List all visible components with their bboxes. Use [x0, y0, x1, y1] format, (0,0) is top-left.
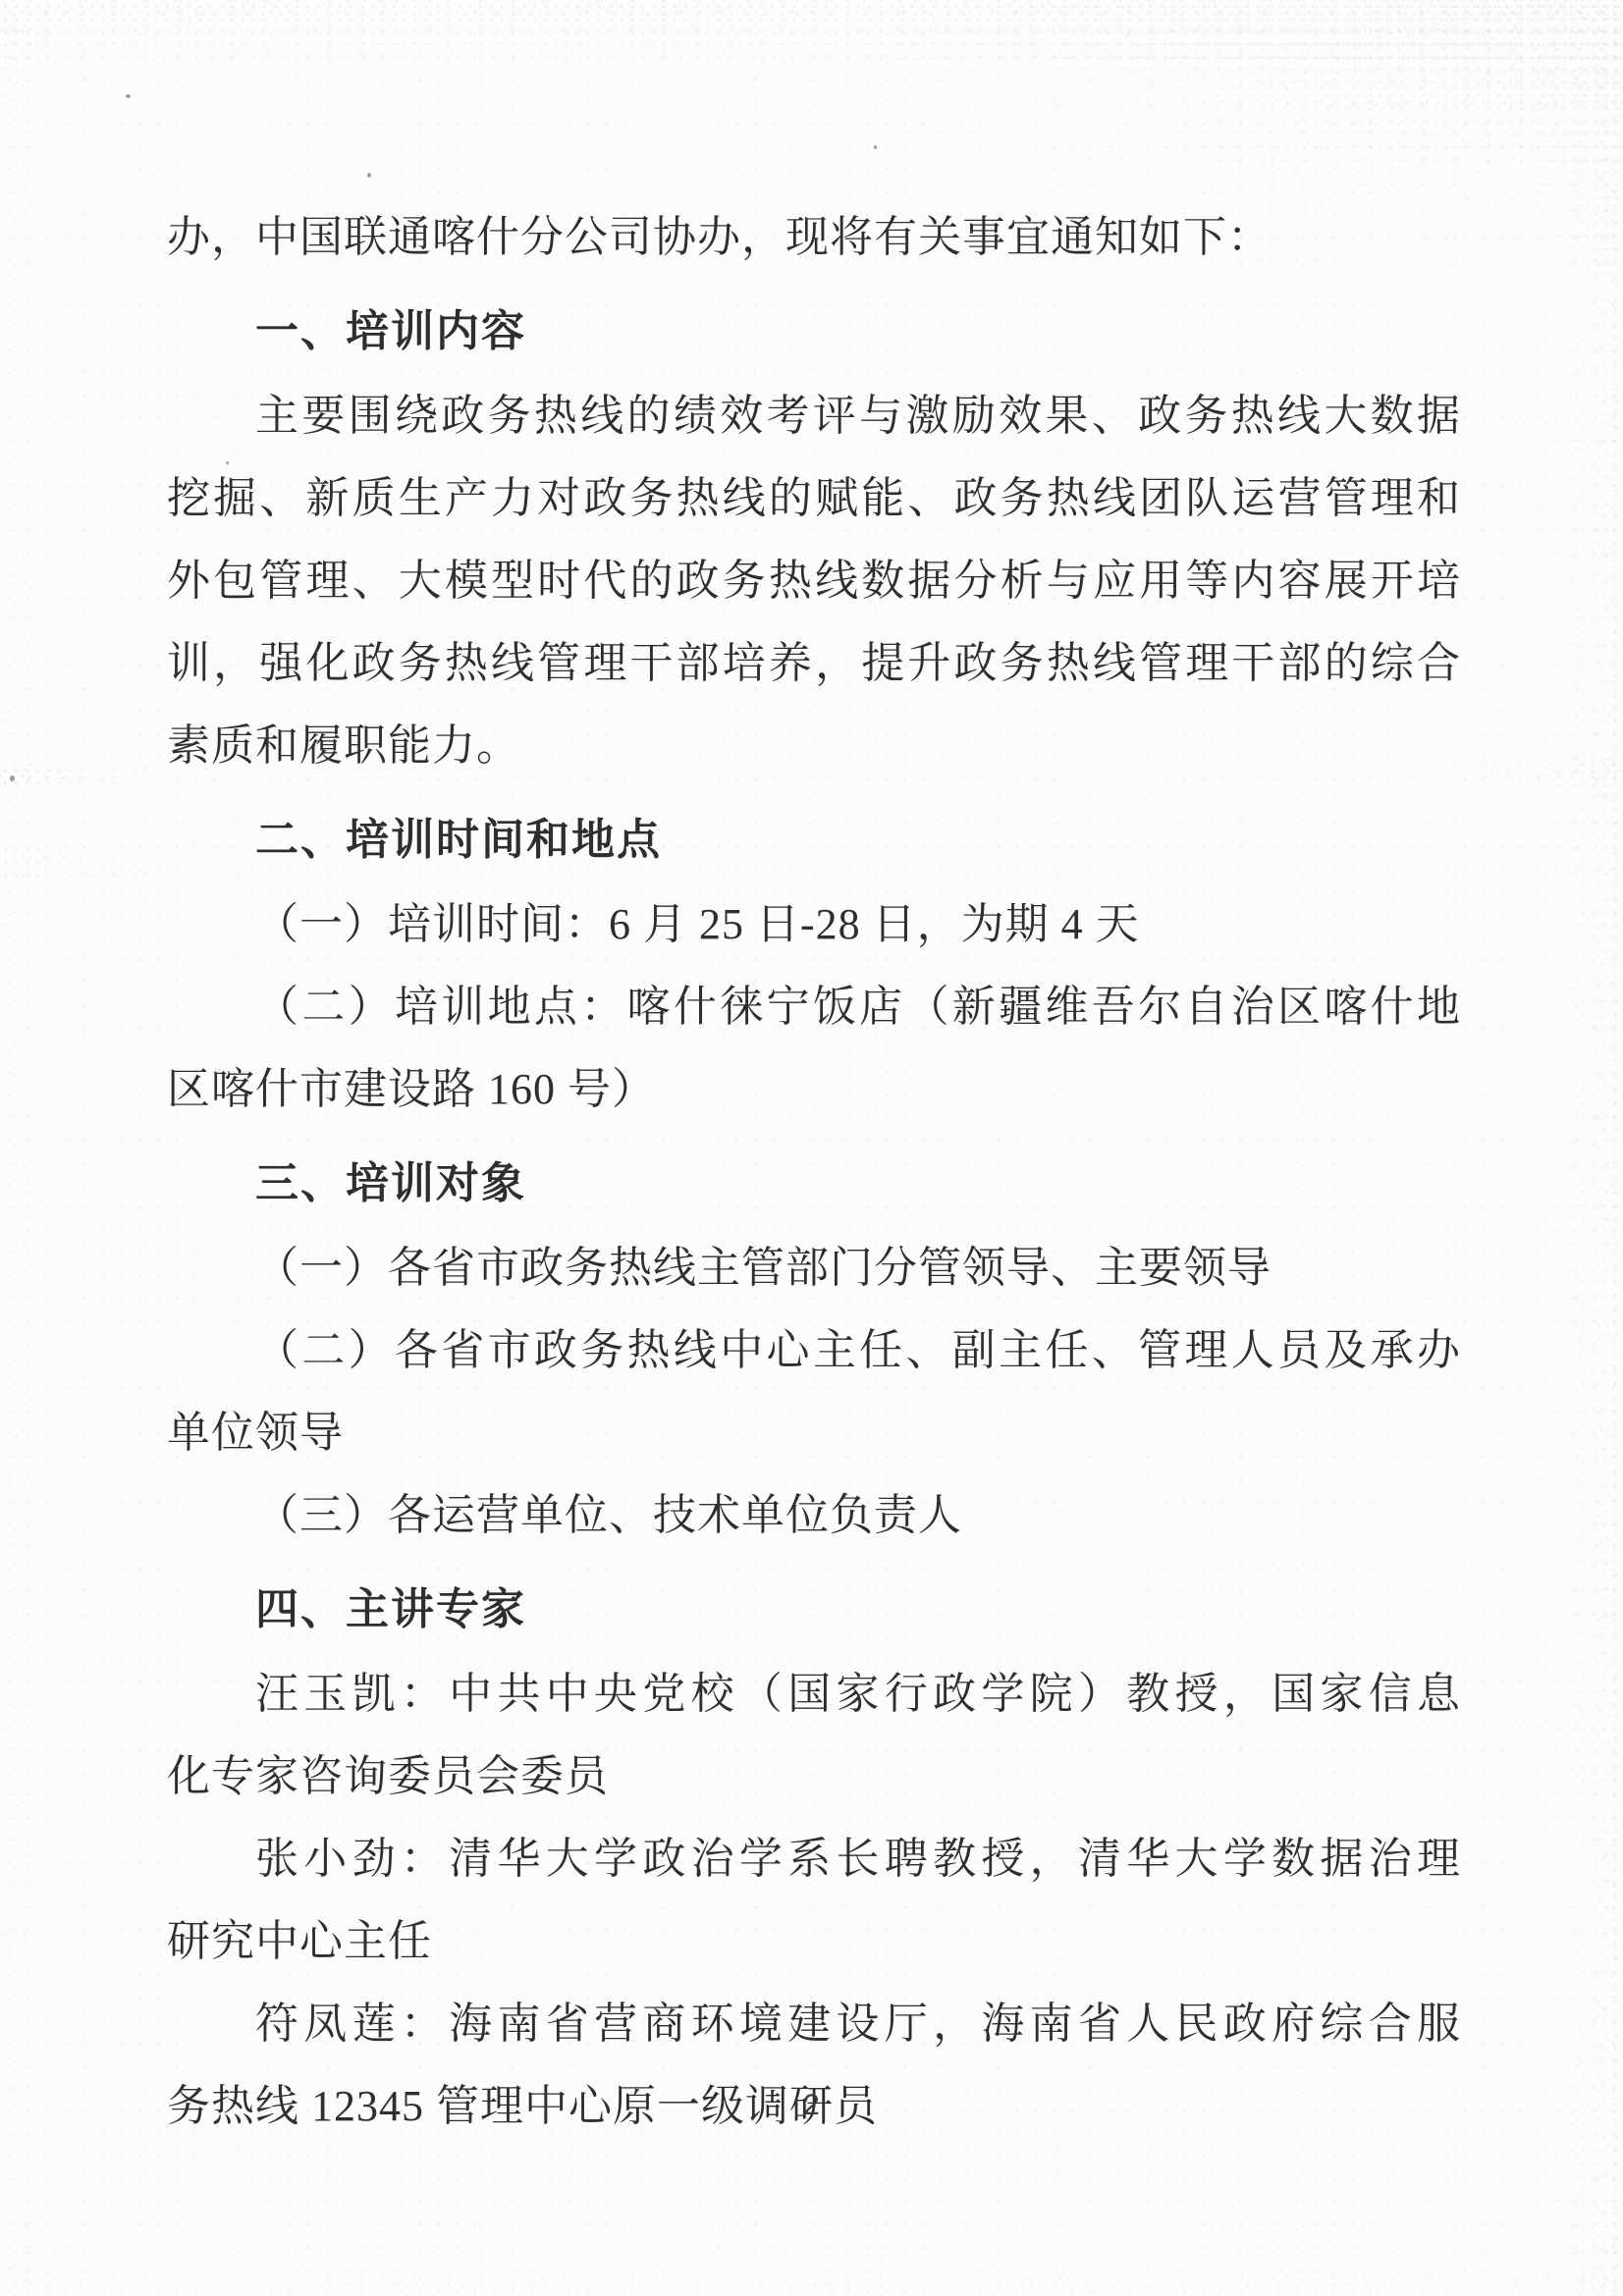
section2-heading: 二、培训时间和地点	[167, 799, 1461, 881]
training-venue-line-1: （二）培训地点：喀什徕宁饭店（新疆维吾尔自治区喀什地	[167, 966, 1461, 1048]
section1-body-line-3: 外包管理、大模型时代的政务热线数据分析与应用等内容展开培	[167, 540, 1461, 622]
section1-body-line-1: 主要围绕政务热线的绩效考评与激励效果、政务热线大数据	[167, 375, 1461, 457]
section1-heading: 一、培训内容	[167, 291, 1461, 373]
trainee-item2-line-2: 单位领导	[167, 1392, 1461, 1474]
trainee-item3-line: （三）各运营单位、技术单位负责人	[167, 1474, 1461, 1557]
section1-body-line-2: 挖掘、新质生产力对政务热线的赋能、政务热线团队运营管理和	[167, 457, 1461, 540]
section4-heading: 四、主讲专家	[167, 1569, 1461, 1651]
expert-wangyukai-line-2: 化专家咨询委员会委员	[167, 1735, 1461, 1818]
document-body: 办，中国联通喀什分公司协办，现将有关事宜通知如下： 一、培训内容 主要围绕政务热…	[0, 0, 1623, 2148]
section1-body-line-4: 训，强化政务热线管理干部培养，提升政务热线管理干部的综合	[167, 622, 1461, 705]
intro-continuation-line: 办，中国联通喀什分公司协办，现将有关事宜通知如下：	[167, 196, 1461, 279]
trainee-item1-line: （一）各省市政务热线主管部门分管领导、主要领导	[167, 1227, 1461, 1309]
training-time-line: （一）培训时间：6 月 25 日-28 日，为期 4 天	[167, 883, 1461, 966]
training-venue-line-2: 区喀什市建设路 160 号）	[167, 1048, 1461, 1131]
page-number: 2	[0, 2089, 1623, 2122]
expert-zhangxiaojin-line-1: 张小劲：清华大学政治学系长聘教授，清华大学数据治理	[167, 1818, 1461, 1900]
scanned-document-page: 办，中国联通喀什分公司协办，现将有关事宜通知如下： 一、培训内容 主要围绕政务热…	[0, 0, 1623, 2296]
expert-wangyukai-line-1: 汪玉凯：中共中央党校（国家行政学院）教授，国家信息	[167, 1653, 1461, 1735]
expert-fufenglian-line-1: 符凤莲：海南省营商环境建设厅，海南省人民政府综合服	[167, 1983, 1461, 2065]
expert-zhangxiaojin-line-2: 研究中心主任	[167, 1900, 1461, 1983]
scan-noise-bottom	[0, 2227, 1623, 2296]
section3-heading: 三、培训对象	[167, 1143, 1461, 1225]
trainee-item2-line-1: （二）各省市政务热线中心主任、副主任、管理人员及承办	[167, 1309, 1461, 1392]
section1-body-line-5: 素质和履职能力。	[167, 705, 1461, 787]
